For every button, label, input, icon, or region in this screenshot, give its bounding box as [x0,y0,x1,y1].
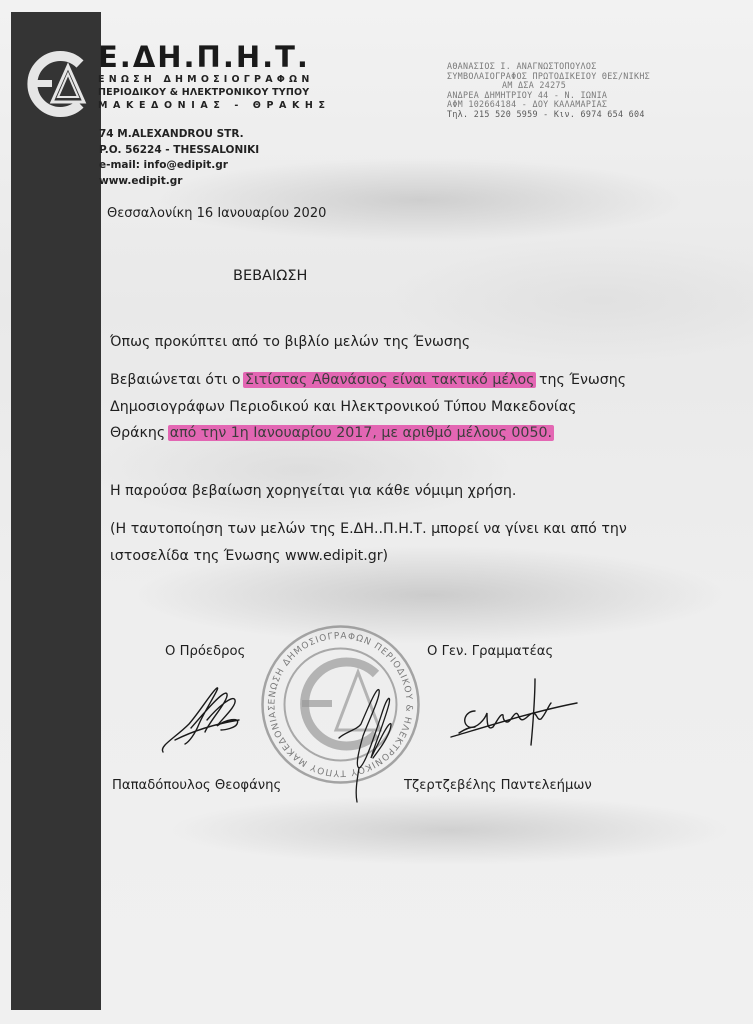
intro-paragraph: Όπως προκύπτει από το βιβλίο μελών της Έ… [110,334,470,350]
address-postal: P.O. 56224 - THESSALONIKI [99,143,259,159]
org-name-line: ΠΕΡΙΟΔΙΚΟΥ & ΗΛΕΚΤΡΟΝΙΚΟΥ ΤΥΠΟΥ [98,87,309,98]
org-name-line: ΜΑΚΕΔΟΝΙΑΣ - ΘΡΑΚΗΣ [98,100,331,111]
receipt-stamp: ΑΘΑΝΑΣΙΟΣ Ι. ΑΝΑΓΝΩΣΤΟΠΟΥΛΟΣ ΣΥΜΒΟΛΑΙΟΓΡ… [447,62,637,120]
president-name: Παπαδόπουλος Θεοφάνης [112,778,281,793]
certification-line-3: Θράκης από την 1η Ιανουαρίου 2017, με αρ… [110,420,626,447]
edipit-logo-icon [18,46,94,122]
certification-paragraph: Βεβαιώνεται ότι ο Σιτίστας Αθανάσιος είν… [110,367,626,447]
certification-text: Βεβαιώνεται ότι ο [110,372,245,388]
stamp-line: Τηλ. 215 520 5959 - Κιν. 6974 654 604 [447,110,637,120]
secretary-title: Ο Γεν. Γραμματέας [427,644,553,659]
highlighted-member-name: Σιτίστας Αθανάσιος είναι τακτικό μέλος [243,372,536,388]
certification-text: Θράκης [110,425,170,441]
highlighted-membership-date: από την 1η Ιανουαρίου 2017, με αριθμό μέ… [168,425,554,441]
seal-signature-icon [335,680,395,805]
secretary-signature-icon [445,675,585,755]
certification-text: της Ένωσης [534,372,626,388]
address-street: 74 M.ALEXANDROU STR. [99,127,259,143]
address-email: e-mail: info@edipit.gr [99,158,259,174]
secretary-name: Τζερτζεβέλης Παντελεήμων [404,778,592,793]
president-signature-icon [155,680,250,760]
usage-statement: Η παρούσα βεβαίωση χορηγείται για κάθε ν… [110,483,516,499]
president-title: Ο Πρόεδρος [165,644,245,659]
certification-line-1: Βεβαιώνεται ότι ο Σιτίστας Αθανάσιος είν… [110,367,626,394]
document-title: ΒΕΒΑΙΩΣΗ [233,268,307,284]
verification-note-line: (Η ταυτοποίηση των μελών της Ε.ΔΗ..Π.Η.Τ… [110,516,627,543]
certification-line-2: Δημοσιογράφων Περιοδικού και Ηλεκτρονικο… [110,394,626,421]
letterhead-side-bar [11,12,101,1010]
org-address: 74 M.ALEXANDROU STR. P.O. 56224 - THESSA… [99,127,259,189]
address-website: www.edipit.gr [99,174,259,190]
verification-note-line: ιστοσελίδα της Ένωσης www.edipit.gr) [110,543,627,570]
verification-note: (Η ταυτοποίηση των μελών της Ε.ΔΗ..Π.Η.Τ… [110,516,627,570]
document-date: Θεσσαλονίκη 16 Ιανουαρίου 2020 [107,206,326,221]
org-abbreviation: Ε.ΔΗ.Π.Η.Τ. [98,40,310,74]
org-name-line: ΕΝΩΣΗ ΔΗΜΟΣΙΟΓΡΑΦΩΝ [98,74,313,85]
